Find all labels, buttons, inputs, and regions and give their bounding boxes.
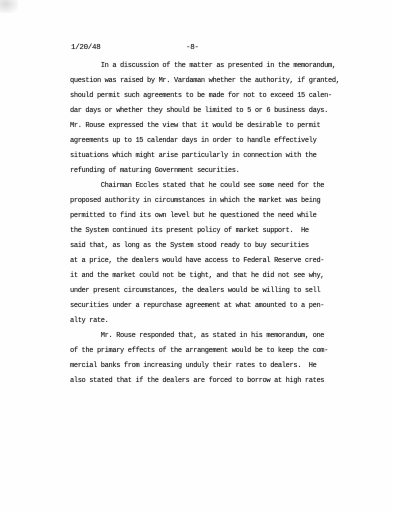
text-line: In a discussion of the matter as present…	[70, 59, 355, 74]
text-line: question was raised by Mr. Vardaman whet…	[70, 74, 355, 89]
text-line: permitted to find its own level but he q…	[70, 209, 355, 224]
scan-smudge	[0, 0, 18, 13]
text-line: Mr. Rouse expressed the view that it wou…	[70, 119, 355, 134]
text-line: mercial banks from increasing unduly the…	[70, 359, 355, 374]
text-line: securities under a repurchase agreement …	[70, 299, 355, 314]
text-line: situations which might arise particularl…	[70, 149, 355, 164]
paragraph-eccles-statement: Chairman Eccles stated that he could see…	[70, 179, 355, 329]
text-line: under present circumstances, the dealers…	[70, 284, 355, 299]
text-line: also stated that if the dealers are forc…	[70, 374, 355, 389]
text-line: dar days or whether they should be limit…	[70, 104, 355, 119]
text-line: refunding of maturing Government securit…	[70, 164, 355, 179]
paragraph-rouse-response: Mr. Rouse responded that, as stated in h…	[70, 329, 355, 389]
document-body: In a discussion of the matter as present…	[70, 59, 355, 389]
text-line: Chairman Eccles stated that he could see…	[70, 179, 355, 194]
text-line: it and the market could not be tight, an…	[70, 269, 355, 284]
text-line: said that, as long as the System stood r…	[70, 239, 355, 254]
text-line: agreements up to 15 calendar days in ord…	[70, 134, 355, 149]
document-page: 1/20/48 -8- In a discussion of the matte…	[0, 0, 393, 512]
text-line: at a price, the dealers would have acces…	[70, 254, 355, 269]
text-line: the System continued its present policy …	[70, 224, 355, 239]
page-header: 1/20/48 -8-	[0, 44, 393, 58]
date-label: 1/20/48	[71, 44, 100, 52]
text-line: of the primary effects of the arrangemen…	[70, 344, 355, 359]
text-line: alty rate.	[70, 314, 355, 329]
text-line: proposed authority in circumstances in w…	[70, 194, 355, 209]
text-line: should permit such agreements to be made…	[70, 89, 355, 104]
paragraph-discussion: In a discussion of the matter as present…	[70, 59, 355, 179]
page-number: -8-	[186, 44, 199, 52]
text-line: Mr. Rouse responded that, as stated in h…	[70, 329, 355, 344]
